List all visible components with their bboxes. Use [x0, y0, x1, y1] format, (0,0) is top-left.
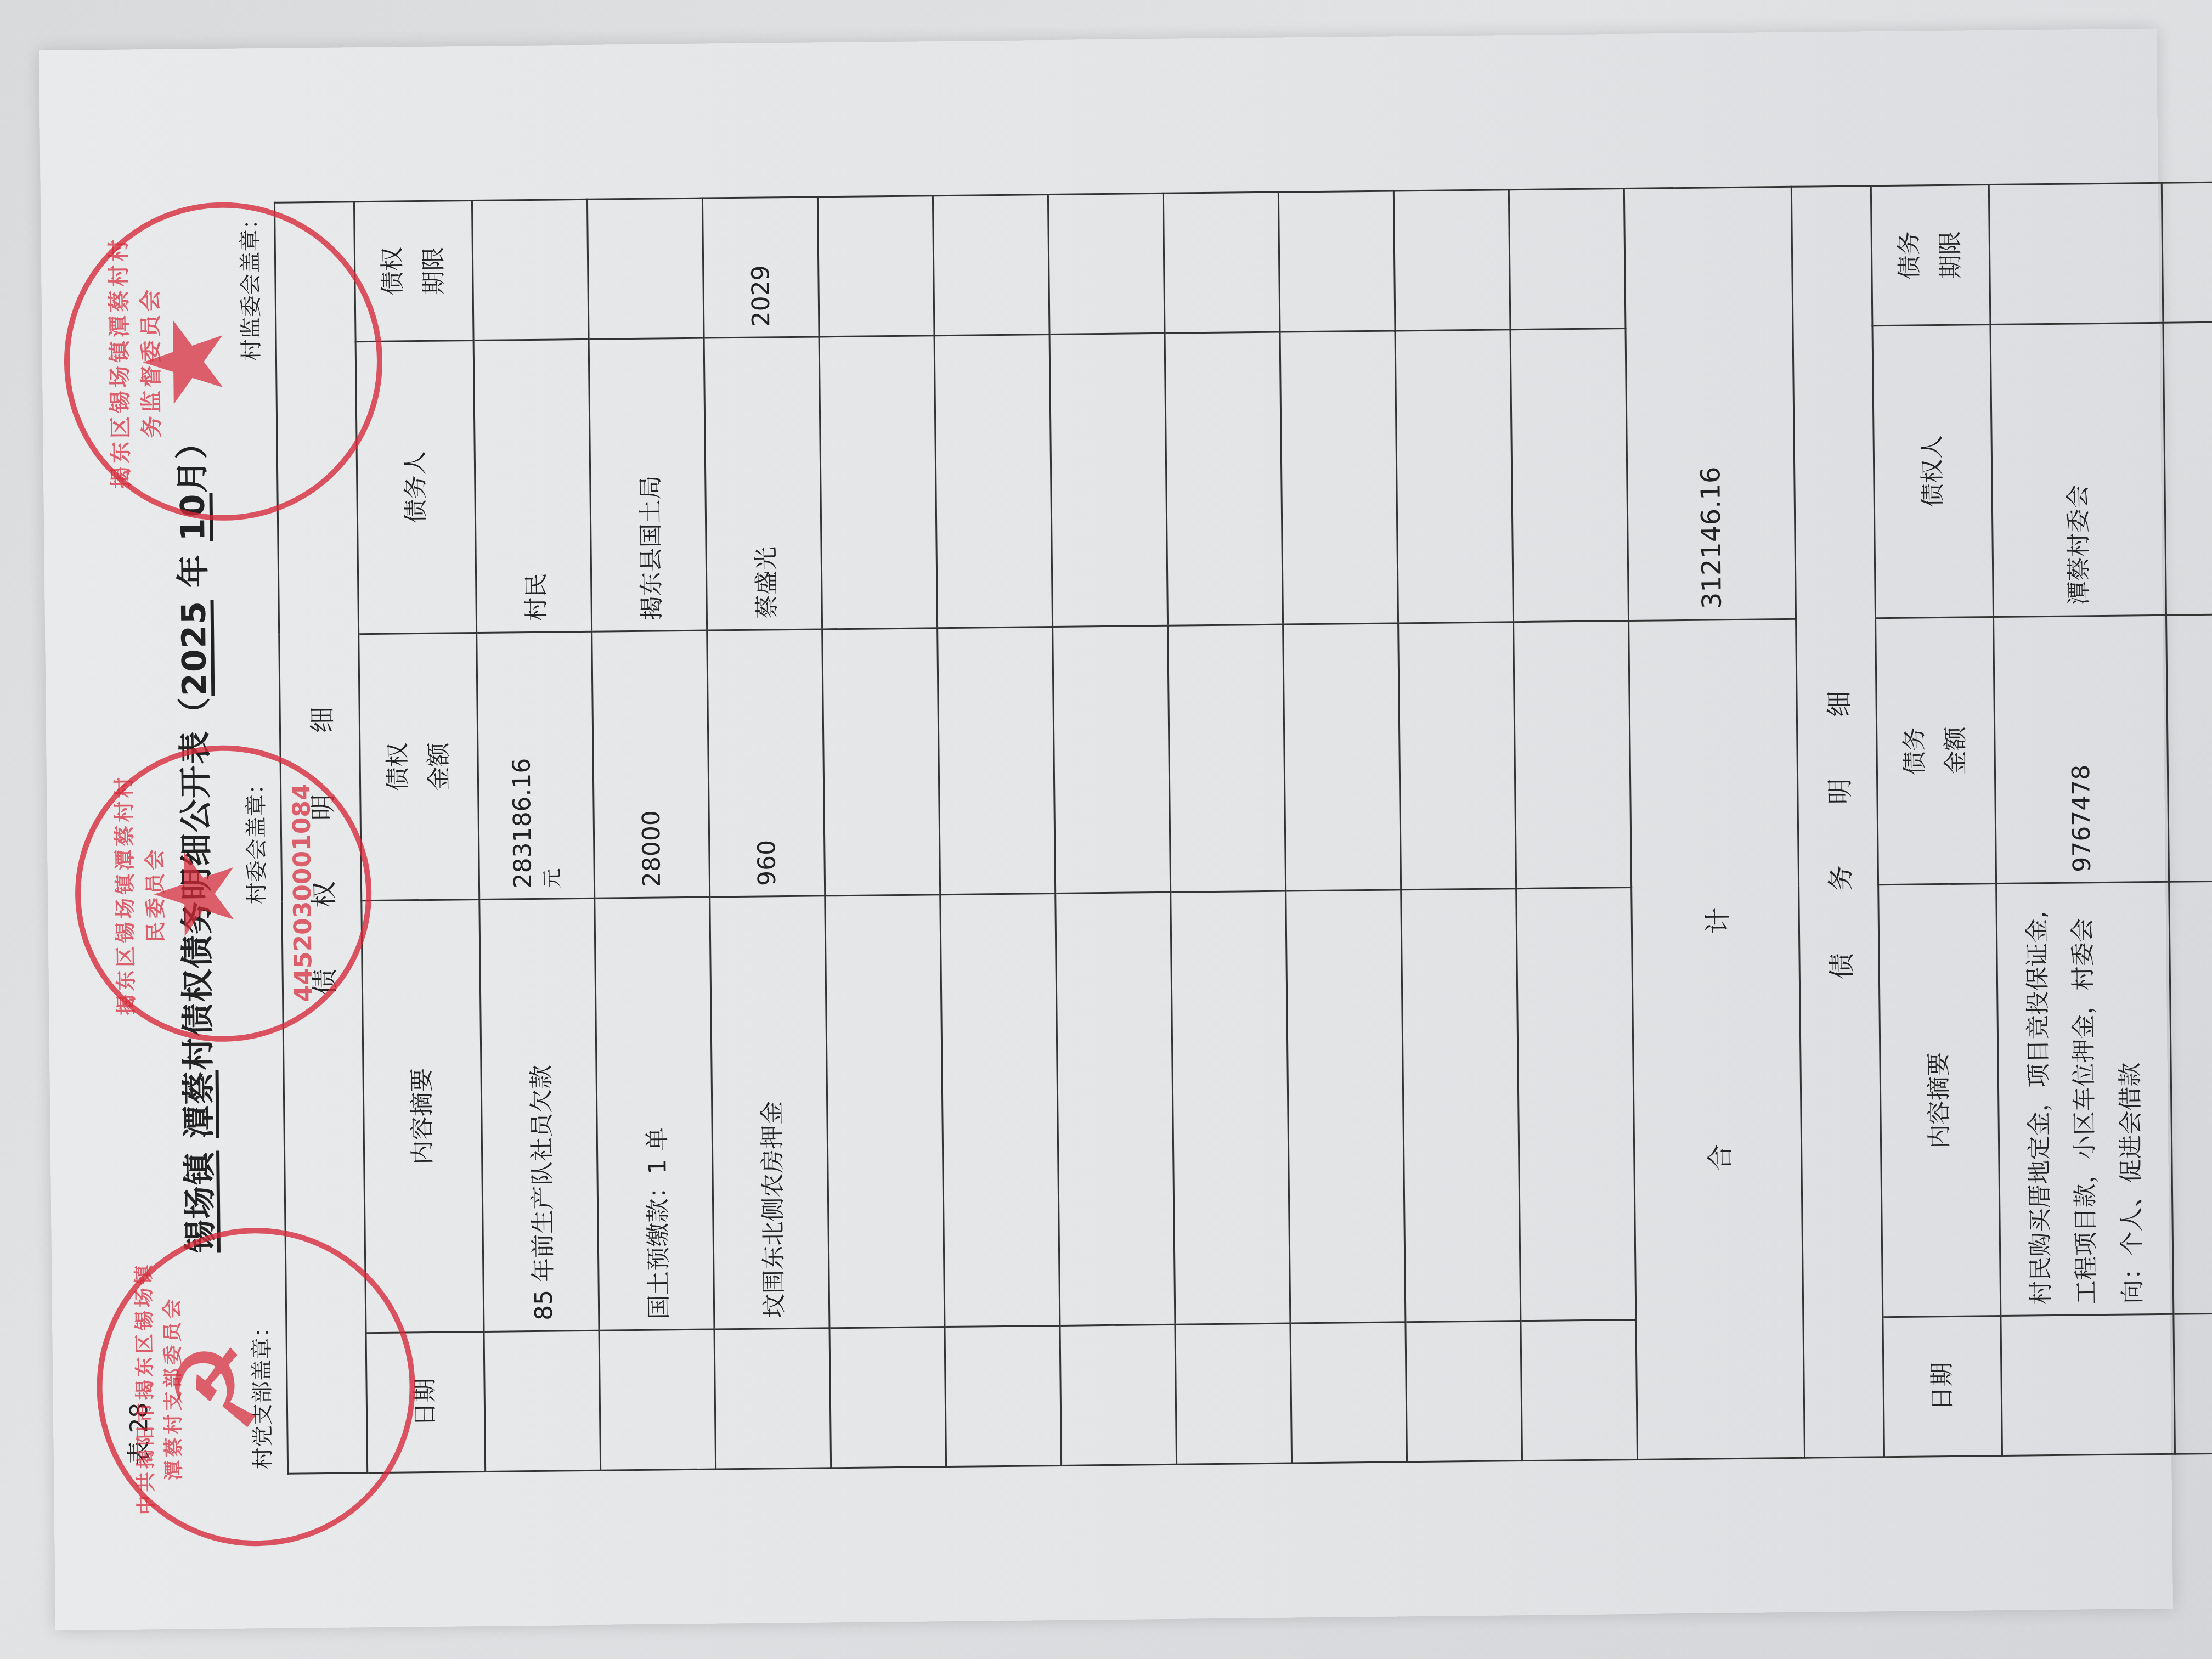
claims-debts-table: 债 权 明 细 日期 内容摘要 债权 金额 债务人 债权 期限 85 年前生产队… [274, 173, 2212, 1474]
empty-cell [2169, 881, 2212, 1314]
empty-cell [1521, 1320, 1638, 1461]
claims-amount-unit: 元 [534, 642, 565, 888]
empty-cell [1290, 1322, 1407, 1463]
claims-header-term: 债权 期限 [354, 201, 473, 342]
paper-sheet: 表 28 锡场镇 潭蔡村债权债务明细公开表（2025 年 10月） 村党支部盖章… [39, 29, 2173, 1630]
empty-cell [1509, 189, 1626, 330]
claims-cell-debtor: 村民 [473, 339, 592, 633]
empty-cell [1510, 328, 1629, 622]
claims-section-title: 债 权 明 细 [274, 202, 367, 1474]
debts-header-amount: 债务 金额 [1876, 617, 1996, 885]
empty-cell [830, 1327, 946, 1468]
empty-cell [1401, 889, 1521, 1322]
claims-blank-row [933, 195, 1061, 1467]
empty-cell [1395, 330, 1514, 623]
claims-table-row: 坟围东北侧农房押金960蔡盛光2029 [702, 197, 831, 1469]
seal-signature-line: 村党支部盖章： 村委会盖章： 村监委会盖章： [233, 207, 277, 1469]
claims-amount-value: 960 [751, 640, 781, 886]
claims-total-row: 合 计 312146.16 [1624, 187, 1804, 1459]
claims-cell-amount: 28000 [592, 630, 710, 899]
title-year-suffix: 年 [174, 541, 213, 601]
empty-cell [1283, 623, 1401, 891]
claims-table-row: 85 年前生产队社员欠款283186.16元村民 [472, 199, 600, 1471]
title-year: 2025 [175, 600, 215, 697]
empty-cell [819, 336, 938, 629]
empty-cell [822, 628, 940, 896]
empty-cell [1280, 331, 1398, 624]
claims-blank-row [1393, 190, 1522, 1462]
claims-header-amount: 债权 金额 [359, 633, 479, 901]
claims-cell-summary: 坟围东北侧农房押金 [710, 896, 830, 1329]
claims-cell-date [484, 1330, 601, 1471]
debts-cell-date [2001, 1314, 2175, 1455]
empty-cell [1175, 1323, 1292, 1464]
title-month: 10 [173, 493, 212, 541]
claims-total-label: 合 计 [1629, 619, 1805, 1459]
title-village: 潭蔡 [180, 1070, 219, 1139]
empty-cell [2166, 614, 2212, 882]
debts-header-term: 债务 期限 [1871, 185, 1990, 326]
claims-cell-amount: 283186.16元 [477, 631, 595, 900]
page-title: 锡场镇 潭蔡村债权债务明细公开表（2025 年 10月） [163, 202, 224, 1476]
claims-blank-row [1509, 189, 1637, 1461]
debts-table-row: 村民购买厝地定金，项目竞投保证金,工程项目款，小区车位押金，村委会向：个人、促进… [1989, 183, 2175, 1455]
disclosure-form: 表 28 锡场镇 潭蔡村债权债务明细公开表（2025 年 10月） 村党支部盖章… [106, 172, 2212, 1476]
claims-cell-term: 2029 [702, 197, 819, 338]
empty-cell [1514, 620, 1632, 889]
debts-cell-summary: 村民购买厝地定金，项目竞投保证金,工程项目款，小区车位押金，村委会向：个人、促进… [1996, 882, 2174, 1316]
empty-cell [1406, 1321, 1522, 1462]
claims-cell-date [599, 1329, 716, 1470]
empty-cell [1278, 191, 1395, 332]
title-main: 村债权债务明细公开表（ [176, 696, 218, 1071]
debts-cell-creditor: 潭蔡村委会 [1990, 323, 2166, 617]
empty-cell [1056, 893, 1175, 1326]
claims-blank-row [817, 196, 946, 1468]
debts-cell-term [1989, 183, 2163, 324]
claims-amount-value: 28000 [635, 641, 666, 887]
party-branch-seal-label: 村党支部盖章： [244, 1316, 277, 1470]
empty-cell [1168, 624, 1286, 893]
empty-cell [940, 894, 1060, 1327]
empty-cell [1049, 333, 1168, 627]
debts-header-date: 日期 [1883, 1316, 2002, 1457]
claims-blank-row [1163, 192, 1291, 1464]
empty-cell [945, 1326, 1062, 1467]
debts-header-creditor: 债权人 [1872, 324, 1994, 618]
empty-cell [825, 895, 945, 1328]
claims-blank-row [1278, 191, 1407, 1463]
debts-section-title: 债 务 明 细 [1791, 186, 1884, 1458]
empty-cell [2174, 1313, 2212, 1454]
title-town: 锡场镇 [180, 1151, 220, 1254]
empty-cell [2162, 182, 2212, 323]
empty-cell [1165, 332, 1283, 625]
claims-cell-debtor: 揭东县国土局 [589, 338, 707, 631]
empty-cell [2163, 321, 2212, 615]
claims-header-summary: 内容摘要 [362, 900, 484, 1333]
village-committee-seal-label: 村委会盖章： [239, 772, 272, 905]
claims-total-amount: 312146.16 [1624, 187, 1796, 620]
empty-cell [1393, 190, 1510, 331]
claims-cell-date [714, 1328, 831, 1469]
debts-cell-amount: 9767478 [1994, 615, 2169, 884]
claims-amount-value: 283186.16 [506, 643, 537, 889]
claims-header-debtor: 债务人 [356, 340, 477, 634]
form-number: 表 28 [106, 203, 155, 1465]
claims-cell-term [472, 199, 589, 340]
debts-header-summary: 内容摘要 [1878, 884, 2001, 1317]
empty-cell [817, 196, 934, 337]
empty-cell [934, 334, 1053, 628]
empty-cell [1060, 1324, 1177, 1465]
claims-cell-term [587, 198, 704, 339]
claims-cell-summary: 85 年前生产队社员欠款 [479, 899, 599, 1332]
claims-cell-summary: 国土预缴款：1 单 [595, 897, 714, 1330]
supervisory-committee-seal-label: 村监委会盖章： [233, 207, 266, 362]
claims-blank-row [1048, 193, 1176, 1465]
claims-header-date: 日期 [366, 1332, 486, 1473]
empty-cell [933, 195, 1049, 336]
empty-cell [1163, 192, 1280, 333]
empty-cell [1053, 625, 1171, 894]
title-month-suffix: 月） [173, 425, 212, 493]
empty-cell [1171, 891, 1290, 1324]
empty-cell [1048, 193, 1165, 334]
claims-table-row: 国土预缴款：1 单28000揭东县国土局 [587, 198, 715, 1470]
claims-cell-debtor: 蔡盛光 [704, 337, 822, 630]
empty-cell [1286, 890, 1406, 1323]
empty-cell [1398, 622, 1516, 890]
empty-cell [1516, 888, 1636, 1321]
claims-cell-amount: 960 [707, 629, 825, 898]
empty-cell [938, 627, 1056, 895]
